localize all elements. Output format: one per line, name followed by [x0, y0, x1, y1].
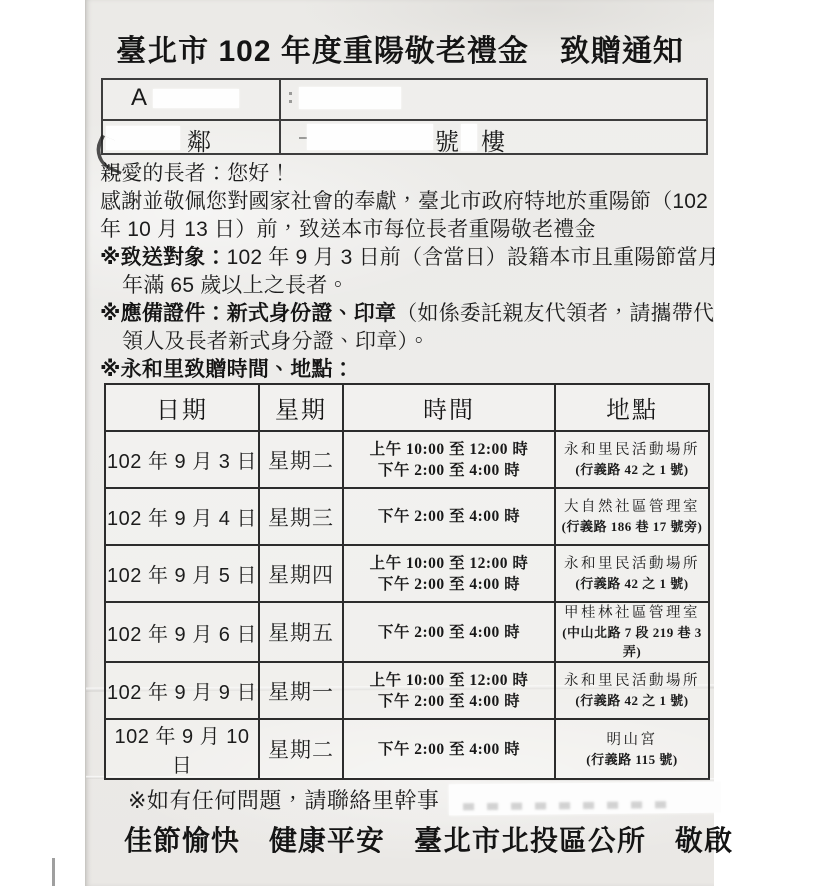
table-row: 102 年 9 月 10 日 星期二 下午 2:00 至 4:00 時 明山宮(… [105, 719, 709, 779]
greeting-line: 親愛的長者：您好！ [100, 160, 706, 188]
address-floor-label: 樓 [481, 122, 505, 157]
closing-line: 佳節愉快 健康平安 臺北市北投區公所 敬啟 [124, 819, 733, 859]
address-unit-label: 鄰 [187, 122, 211, 157]
intro-line-2: 年 10 月 13 日）前，致送本市每位長者重陽敬老禮金 [100, 216, 706, 244]
phone-redaction-box [449, 782, 721, 816]
place-cell: 永和里民活動場所(行義路 42 之 1 號) [555, 431, 709, 488]
time-cell: 下午 2:00 至 4:00 時 [343, 719, 555, 779]
week-cell: 星期五 [259, 602, 343, 662]
header-week: 星期 [259, 384, 343, 431]
time-cell: 上午 10:00 至 12:00 時下午 2:00 至 4:00 時 [343, 431, 555, 488]
date-cell: 102 年 9 月 10 日 [105, 719, 259, 779]
eligibility-line-2: 年滿 65 歲以上之長者。 [100, 272, 706, 300]
time-cell: 上午 10:00 至 12:00 時下午 2:00 至 4:00 時 [343, 662, 555, 719]
scan-speck [289, 92, 292, 95]
documents-line-1: ※應備證件：新式身份證、印章（如係委託親友代領者，請攜帶代 [100, 300, 706, 328]
recipient-code: A [131, 84, 147, 112]
address-box-row-divider [103, 119, 706, 121]
schedule-heading: ※永和里致贈時間、地點： [100, 356, 706, 384]
eligibility-label: ※致送對象： [100, 246, 227, 269]
documents-line-2: 領人及長者新式身分證、印章）。 [100, 328, 706, 356]
header-place: 地點 [555, 384, 709, 431]
time-cell: 上午 10:00 至 12:00 時下午 2:00 至 4:00 時 [343, 545, 555, 602]
week-cell: 星期四 [259, 545, 343, 602]
table-row: 102 年 9 月 4 日 星期三 下午 2:00 至 4:00 時 大自然社區… [105, 488, 709, 545]
scan-speck [289, 100, 292, 103]
scan-edge-artifact [52, 858, 55, 886]
header-date: 日期 [105, 384, 259, 431]
intro-line-1: 感謝並敬佩您對國家社會的奉獻，臺北市政府特地於重陽節（102 [100, 188, 706, 216]
eligibility-line-1: ※致送對象：102 年 9 月 3 日前（含當日）設籍本市且重陽節當月 [100, 244, 706, 272]
time-cell: 下午 2:00 至 4:00 時 [343, 602, 555, 662]
date-cell: 102 年 9 月 9 日 [105, 662, 259, 719]
place-cell: 明山宮(行義路 115 號) [555, 719, 709, 779]
date-cell: 102 年 9 月 4 日 [105, 488, 259, 545]
date-cell: 102 年 9 月 3 日 [105, 431, 259, 488]
table-row: 102 年 9 月 6 日 星期五 下午 2:00 至 4:00 時 甲桂林社區… [105, 602, 709, 662]
redaction-box [153, 89, 239, 108]
place-cell: 大自然社區管理室(行義路 186 巷 17 號旁) [555, 488, 709, 545]
date-cell: 102 年 9 月 5 日 [105, 545, 259, 602]
week-cell: 星期一 [259, 662, 343, 719]
place-cell: 永和里民活動場所(行義路 42 之 1 號) [555, 662, 709, 719]
place-cell: 永和里民活動場所(行義路 42 之 1 號) [555, 545, 709, 602]
place-cell: 甲桂林社區管理室(中山北路 7 段 219 巷 3 弄) [555, 602, 709, 662]
redaction-box [307, 124, 433, 150]
address-box-column-divider [279, 80, 281, 153]
documents-label: ※應備證件：新式身份證、印章 [100, 302, 396, 325]
address-number-label: 號 [435, 122, 459, 157]
letter-body: 親愛的長者：您好！ 感謝並敬佩您對國家社會的奉獻，臺北市政府特地於重陽節（102… [100, 160, 706, 384]
schedule-table: 日期 星期 時間 地點 102 年 9 月 3 日 星期二 上午 10:00 至… [104, 383, 710, 780]
table-row: 102 年 9 月 3 日 星期二 上午 10:00 至 12:00 時下午 2… [105, 431, 709, 488]
table-row: 102 年 9 月 5 日 星期四 上午 10:00 至 12:00 時下午 2… [105, 545, 709, 602]
week-cell: 星期二 [259, 719, 343, 779]
table-header-row: 日期 星期 時間 地點 [105, 384, 709, 431]
recipient-address-box: A 鄰 號 樓 [101, 78, 708, 155]
redaction-box [461, 124, 477, 151]
document-title: 臺北市 102 年度重陽敬老禮金 致贈通知 [86, 26, 714, 70]
time-cell: 下午 2:00 至 4:00 時 [343, 488, 555, 545]
table-row: 102 年 9 月 9 日 星期一 上午 10:00 至 12:00 時下午 2… [105, 662, 709, 719]
redaction-box [299, 87, 401, 109]
week-cell: 星期三 [259, 488, 343, 545]
week-cell: 星期二 [259, 431, 343, 488]
scanned-notice-sheet: 臺北市 102 年度重陽敬老禮金 致贈通知 A 鄰 號 樓 親愛的長者：您好！ … [85, 0, 714, 886]
date-cell: 102 年 9 月 6 日 [105, 602, 259, 662]
header-time: 時間 [343, 384, 555, 431]
contact-note: ※如有任何問題，請聯絡里幹事 [128, 783, 721, 815]
